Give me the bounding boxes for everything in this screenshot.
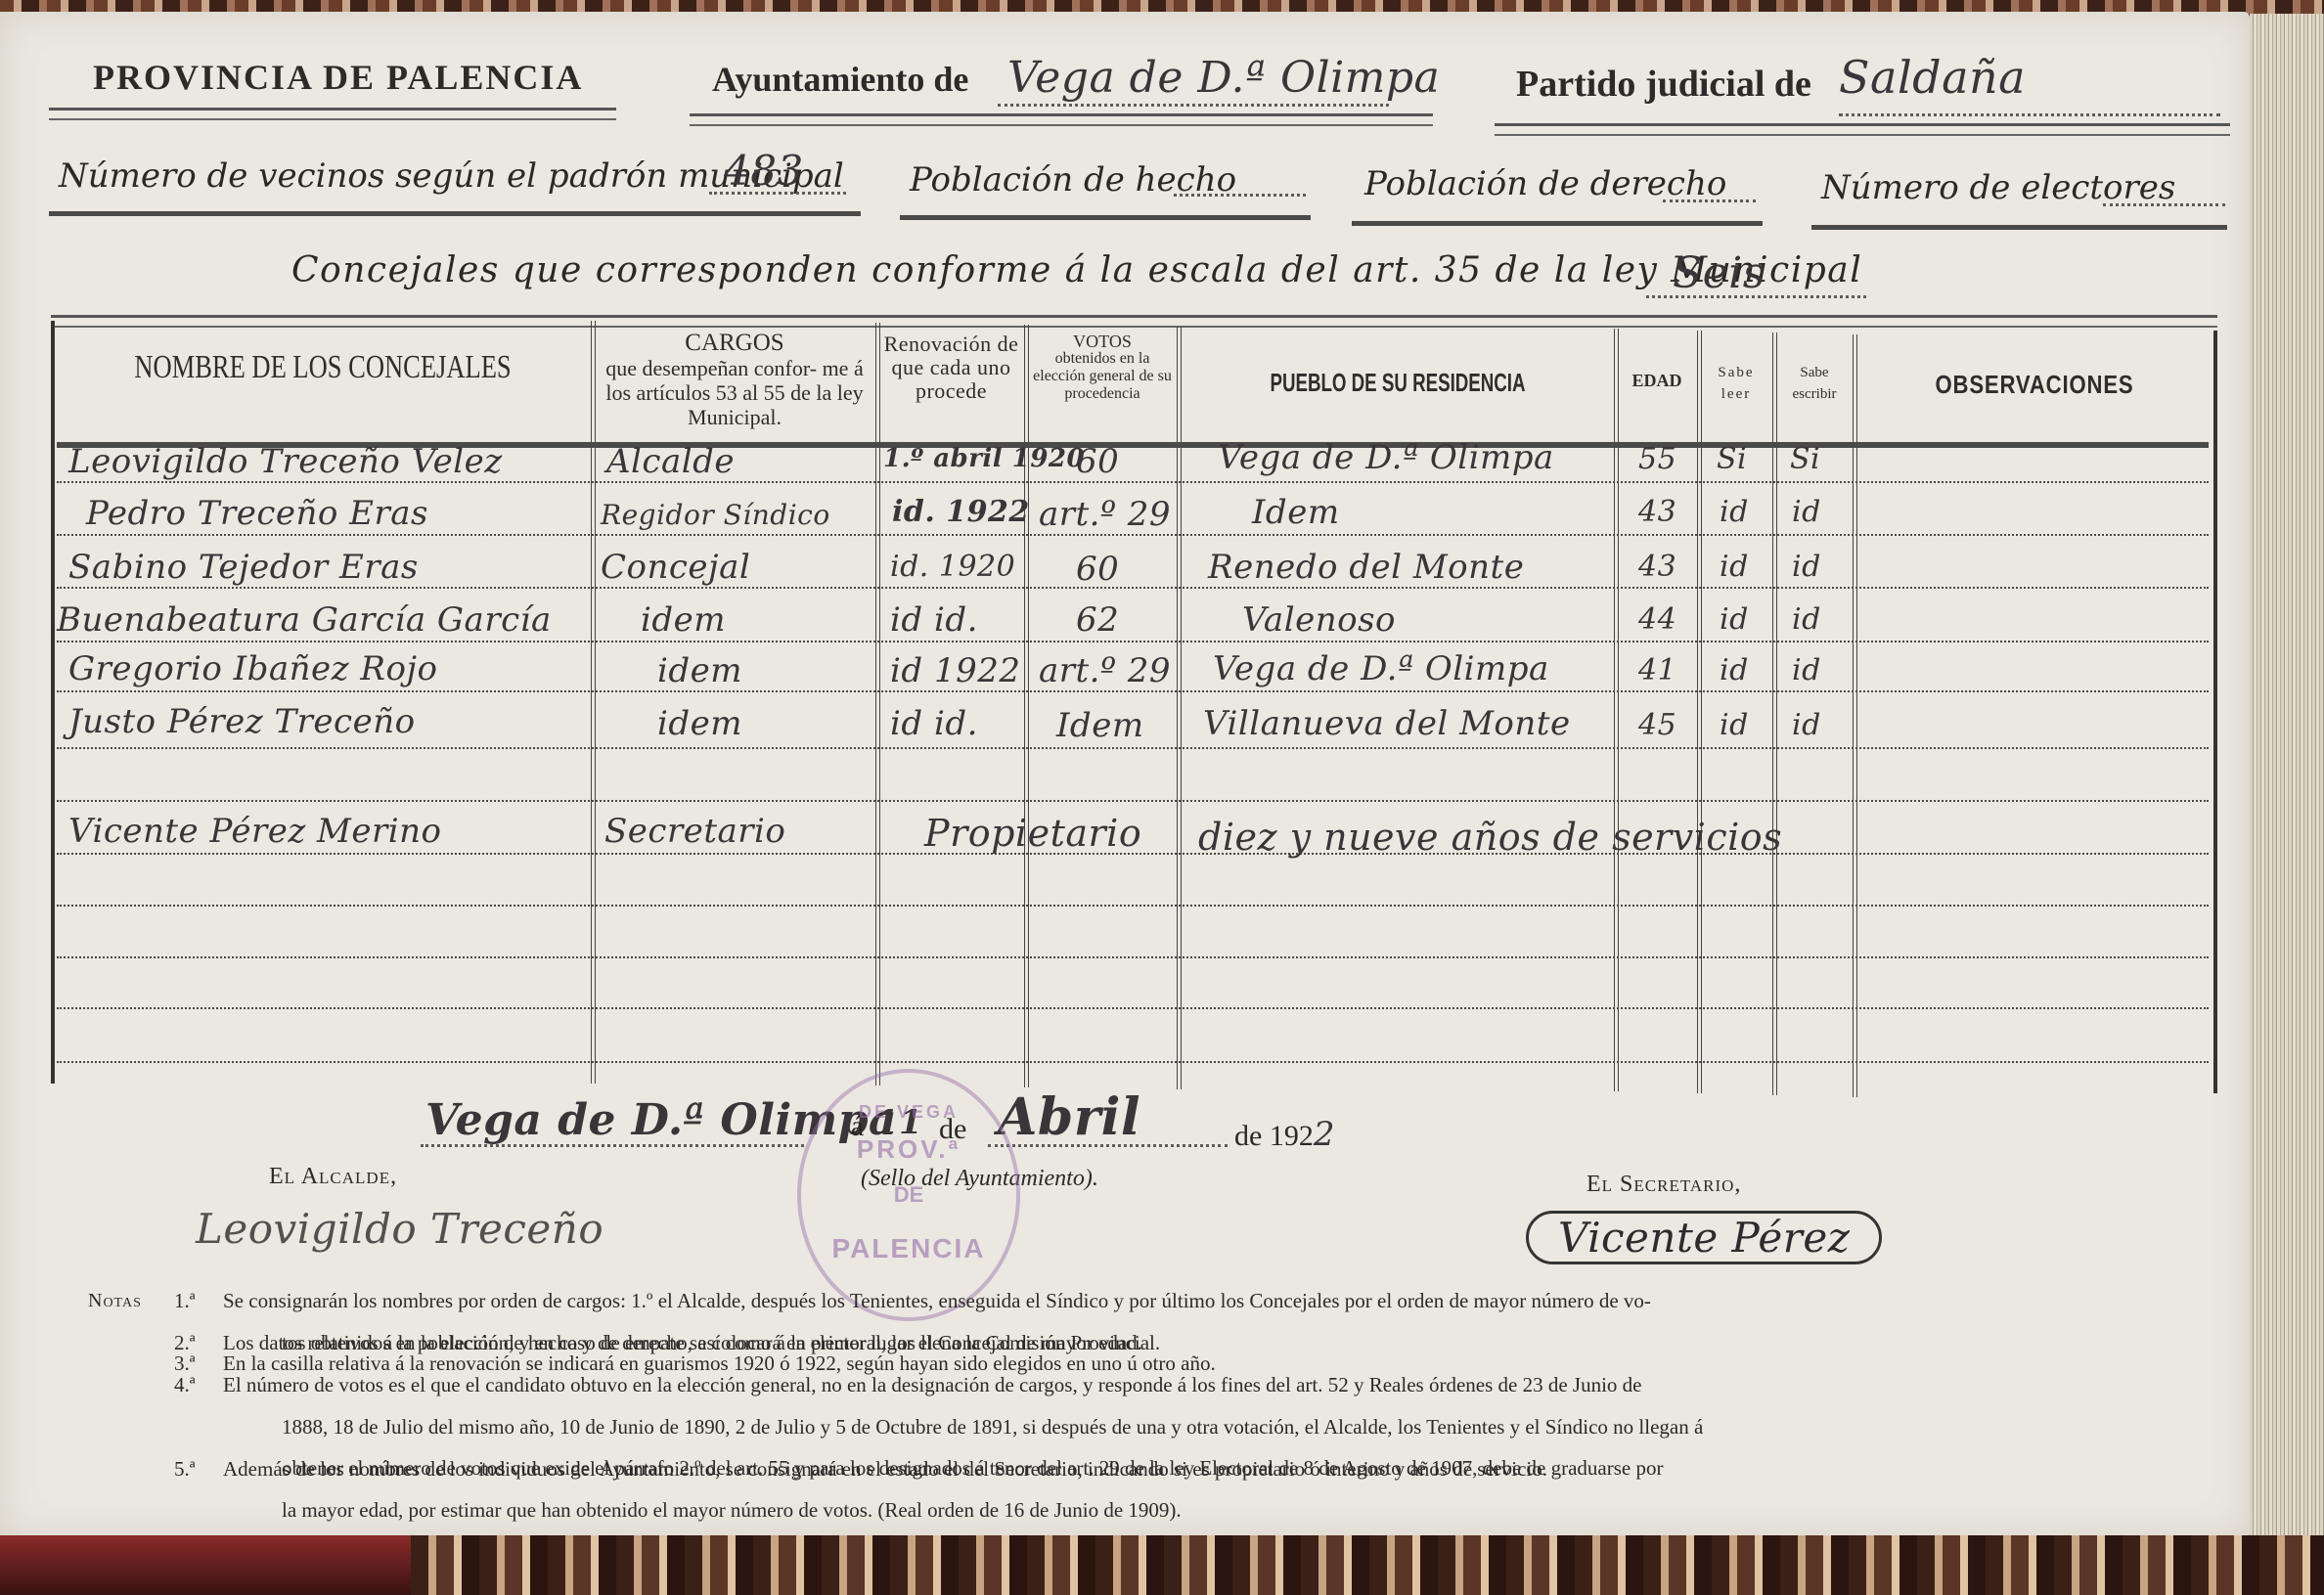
note-line: 1888, 18 de Julio del mismo año, 10 de J… bbox=[282, 1417, 1703, 1439]
cell-edad: 55 bbox=[1638, 442, 1676, 476]
vecinos-underline bbox=[49, 211, 861, 216]
partido-underline bbox=[1495, 123, 2230, 136]
header-cargos-sub: que desempeñan confor- me á los artículo… bbox=[597, 356, 872, 429]
month-value: Abril bbox=[998, 1087, 1140, 1147]
vecinos-value: 483 bbox=[724, 147, 804, 195]
cell-cargo: idem bbox=[641, 600, 726, 640]
cell-nombre: Sabino Tejedor Eras bbox=[68, 548, 419, 587]
electores-label: Número de electores bbox=[1821, 168, 2175, 207]
header-votos-title: VOTOS bbox=[1030, 332, 1175, 350]
note-line: El número de votos es el que el candidat… bbox=[223, 1375, 1644, 1396]
cell-renovacion: id. 1920 bbox=[890, 550, 1015, 584]
note-number: 3.ª bbox=[174, 1353, 196, 1375]
cell-leer: id bbox=[1720, 495, 1749, 529]
partido-value: Saldaña bbox=[1839, 51, 2026, 104]
note-line: Además de los nombres de los individuos … bbox=[223, 1459, 1547, 1481]
row-line bbox=[57, 587, 2209, 589]
cell-escribir: Si bbox=[1790, 442, 1820, 476]
note-1: 1.ª Se consignarán los nombres por orden… bbox=[174, 1291, 1602, 1333]
year-suffix: 2 bbox=[1314, 1115, 1335, 1154]
cell-pueblo: Vega de D.ª Olimpa bbox=[1218, 438, 1554, 477]
year-prefix: de 192 bbox=[1234, 1120, 1314, 1152]
electores-underline bbox=[1811, 225, 2227, 230]
note-number: 4.ª bbox=[174, 1375, 196, 1396]
table-right-border bbox=[2213, 331, 2217, 1093]
header-observaciones: OBSERVACIONES bbox=[1885, 372, 2184, 398]
note-number: 1.ª bbox=[174, 1291, 196, 1312]
cell-escribir: id bbox=[1792, 602, 1821, 637]
notes-label: Notas bbox=[88, 1291, 142, 1312]
col-sep-4 bbox=[1177, 327, 1182, 1089]
header-cargos-title: CARGOS bbox=[597, 331, 872, 356]
col-sep-2 bbox=[875, 323, 880, 1085]
row-line bbox=[57, 481, 2209, 483]
header-nombre: NOMBRE DE LOS CONCEJALES bbox=[116, 350, 528, 385]
cell-nombre: Leovigildo Treceño Velez bbox=[68, 442, 503, 481]
cell-leer: Si bbox=[1717, 442, 1747, 476]
stamp-line: PALENCIA bbox=[801, 1233, 1016, 1264]
ayuntamiento-dots bbox=[998, 104, 1389, 107]
cell-nombre: Vicente Pérez Merino bbox=[68, 812, 441, 851]
page-edges bbox=[2250, 14, 2324, 1539]
cell-cargo: Alcalde bbox=[606, 442, 735, 481]
cell-renovacion: Propietario bbox=[924, 812, 1141, 855]
cell-votos: Idem bbox=[1056, 706, 1144, 745]
partido-label: Partido judicial de bbox=[1516, 63, 1811, 106]
row-line bbox=[57, 534, 2209, 536]
row-line bbox=[57, 800, 2209, 802]
stamp-line: PROV.ª bbox=[801, 1134, 1016, 1165]
cell-votos: art.º 29 bbox=[1039, 495, 1171, 534]
note-5: 5.ª Además de los nombres de los individ… bbox=[174, 1459, 1498, 1481]
electores-field bbox=[2103, 203, 2225, 206]
header-sabe-escribir: Sabe escribir bbox=[1778, 362, 1851, 405]
cell-escribir: id bbox=[1792, 653, 1821, 687]
cell-votos: art.º 29 bbox=[1039, 651, 1171, 690]
header-votos: VOTOS obtenidos en la elección general d… bbox=[1030, 332, 1175, 403]
vecinos-dots bbox=[709, 192, 846, 195]
header-renovacion: Renovación de que cada uno procede bbox=[880, 332, 1022, 403]
row-line bbox=[57, 956, 2209, 958]
cell-edad: 41 bbox=[1638, 653, 1676, 687]
cell-votos: 60 bbox=[1076, 550, 1119, 589]
cell-pueblo: Valenoso bbox=[1242, 600, 1396, 640]
cell-leer: id bbox=[1720, 550, 1749, 584]
table-left-border bbox=[51, 321, 55, 1084]
row-line bbox=[57, 905, 2209, 907]
cell-pueblo: Renedo del Monte bbox=[1208, 548, 1524, 587]
row-line bbox=[57, 747, 2209, 749]
cell-escribir: id bbox=[1792, 495, 1821, 529]
book-binding-bottom bbox=[0, 1535, 2324, 1595]
cell-nombre: Buenabeatura García García bbox=[57, 600, 552, 640]
cell-nombre: Pedro Treceño Eras bbox=[86, 494, 428, 533]
cell-cargo: Concejal bbox=[601, 548, 750, 587]
stamp-line: DE bbox=[801, 1182, 1016, 1208]
cell-renovacion: id id. bbox=[890, 704, 978, 743]
header-pueblo: PUEBLO DE SU RESIDENCIA bbox=[1243, 370, 1551, 396]
cell-cargo: idem bbox=[657, 704, 742, 743]
ayuntamiento-label: Ayuntamiento de bbox=[712, 59, 968, 100]
cell-edad: 44 bbox=[1638, 602, 1676, 637]
table-top-border bbox=[51, 315, 2217, 328]
cell-nombre: Gregorio Ibañez Rojo bbox=[68, 649, 437, 688]
secretario-label: El Secretario, bbox=[1587, 1172, 1741, 1198]
note-line: Se consignarán los nombres por orden de … bbox=[223, 1291, 1651, 1312]
cell-leer: id bbox=[1720, 602, 1749, 637]
provincia-title: PROVINCIA DE PALENCIA bbox=[93, 57, 583, 98]
cell-cargo: Regidor Síndico bbox=[601, 499, 830, 531]
secretario-signature: Vicente Pérez bbox=[1526, 1211, 1882, 1264]
cell-escribir: id bbox=[1792, 708, 1821, 742]
header-votos-sub: obtenidos en la elección general de su p… bbox=[1030, 350, 1175, 403]
ayuntamiento-underline bbox=[690, 113, 1433, 126]
cell-renovacion: 1.º abril 1920 bbox=[883, 444, 1085, 473]
partido-dots bbox=[1839, 113, 2220, 116]
poblacion-derecho-underline bbox=[1352, 221, 1763, 226]
row-line bbox=[57, 690, 2209, 692]
header-sabe-leer: Sabe leer bbox=[1702, 362, 1770, 405]
municipal-stamp: DE VEGA PROV.ª DE PALENCIA bbox=[797, 1069, 1020, 1321]
cell-pueblo: Idem bbox=[1252, 493, 1340, 532]
header-cargos: CARGOS que desempeñan confor- me á los a… bbox=[597, 331, 872, 429]
cell-cargo: idem bbox=[657, 651, 742, 690]
header-edad: EDAD bbox=[1619, 372, 1695, 390]
place-dots bbox=[421, 1144, 804, 1147]
provincia-underline bbox=[49, 108, 616, 120]
poblacion-derecho-label: Población de derecho bbox=[1364, 164, 1726, 203]
cell-renovacion: id 1922 bbox=[890, 651, 1020, 690]
cell-edad: 43 bbox=[1638, 550, 1676, 584]
poblacion-derecho-field bbox=[1663, 199, 1756, 202]
row-line bbox=[57, 1061, 2209, 1063]
cell-cargo: Secretario bbox=[604, 812, 785, 851]
poblacion-hecho-underline bbox=[900, 215, 1311, 220]
cell-renovacion: id id. bbox=[890, 600, 978, 640]
stamp-line: DE VEGA bbox=[801, 1102, 1016, 1123]
note-number: 5.ª bbox=[174, 1459, 196, 1481]
month-dots bbox=[988, 1144, 1228, 1147]
cell-edad: 45 bbox=[1638, 708, 1676, 742]
alcalde-label: El Alcalde, bbox=[269, 1164, 397, 1190]
cell-leer: id bbox=[1720, 708, 1749, 742]
row-line bbox=[57, 641, 2209, 642]
ayuntamiento-value: Vega de D.ª Olimpa bbox=[1007, 53, 1440, 103]
col-sep-1 bbox=[591, 321, 596, 1084]
cell-leer: id bbox=[1720, 653, 1749, 687]
cell-votos: 60 bbox=[1076, 442, 1119, 481]
note-line: la mayor edad, por estimar que han obten… bbox=[282, 1500, 1703, 1522]
cell-pueblo: Villanueva del Monte bbox=[1203, 704, 1571, 743]
poblacion-hecho-field bbox=[1174, 194, 1306, 197]
note-line: En la casilla relativa á la renovación s… bbox=[223, 1353, 1216, 1375]
cell-renovacion: id. 1922 bbox=[892, 495, 1030, 529]
cell-nombre: Justo Pérez Treceño bbox=[68, 702, 416, 741]
note-4: 4.ª El número de votos es el que el cand… bbox=[174, 1375, 1595, 1459]
cell-pueblo: Vega de D.ª Olimpa bbox=[1213, 649, 1549, 688]
cell-edad: 43 bbox=[1638, 495, 1676, 529]
col-sep-3 bbox=[1024, 325, 1029, 1087]
alcalde-signature: Leovigildo Treceño bbox=[196, 1205, 603, 1253]
cell-votos: 62 bbox=[1076, 600, 1119, 640]
cell-pueblo: diez y nueve años de servicios bbox=[1198, 816, 1782, 859]
concejales-value: Seis bbox=[1673, 248, 1765, 298]
concejales-label: Concejales que corresponden conforme á l… bbox=[291, 250, 1862, 290]
year-label: de 1922 bbox=[1234, 1115, 1335, 1154]
note-3: 3.ª En la casilla relativa á la renovaci… bbox=[174, 1353, 1167, 1375]
row-line bbox=[57, 1007, 2209, 1009]
col-sep-8 bbox=[1853, 334, 1857, 1097]
cell-escribir: id bbox=[1792, 550, 1821, 584]
